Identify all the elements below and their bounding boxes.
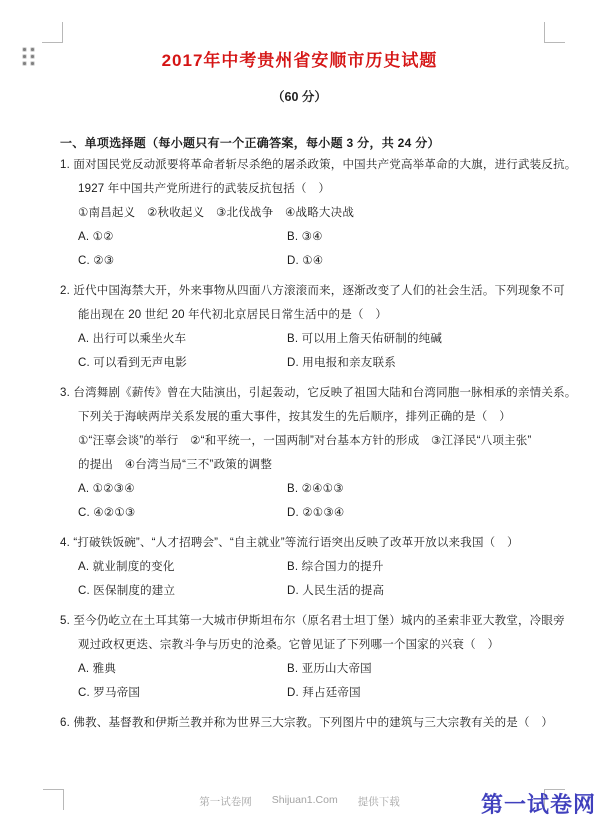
option-c: C. 罗马帝国 [78, 681, 287, 705]
option-row: C. 罗马帝国 D. 拜占廷帝国 [60, 681, 560, 705]
option-d: D. 拜占廷帝国 [287, 681, 361, 705]
question-line: 下列关于海峡两岸关系发展的重大事件，按其发生的先后顺序，排列正确的是（ ） [60, 405, 560, 429]
site-url-text: Shijuan1.Com [272, 794, 338, 809]
option-a: A. 出行可以乘坐火车 [78, 327, 287, 351]
option-row: A. 就业制度的变化 B. 综合国力的提升 [60, 555, 560, 579]
option-b: B. ③④ [287, 225, 323, 249]
option-row: C. 可以看到无声电影 D. 用电报和亲友联系 [60, 351, 560, 375]
question-3: 3. 台湾舞剧《薪传》曾在大陆演出，引起轰动，它反映了祖国大陆和台湾同胞一脉相承… [60, 381, 560, 525]
corner-mark-top-right [544, 22, 565, 43]
option-b: B. 亚历山大帝国 [287, 657, 372, 681]
question-line: 1927 年中国共产党所进行的武装反抗包括（ ） [60, 177, 560, 201]
option-c: C. 医保制度的建立 [78, 579, 287, 603]
question-line: 1. 面对国民党反动派要将革命者斩尽杀绝的屠杀政策，中国共产党高举革命的大旗，进… [60, 153, 560, 177]
option-b: B. 可以用上詹天佑研制的纯碱 [287, 327, 442, 351]
option-d: D. 用电报和亲友联系 [287, 351, 396, 375]
option-c: C. ②③ [78, 249, 287, 273]
option-row: A. ①② B. ③④ [60, 225, 560, 249]
option-d: D. ②①③④ [287, 501, 344, 525]
score-note: （60 分） [0, 87, 599, 105]
question-1: 1. 面对国民党反动派要将革命者斩尽杀绝的屠杀政策，中国共产党高举革命的大旗，进… [60, 153, 560, 273]
option-c: C. ④②①③ [78, 501, 287, 525]
option-row: A. 出行可以乘坐火车 B. 可以用上詹天佑研制的纯碱 [60, 327, 560, 351]
option-d: D. 人民生活的提高 [287, 579, 384, 603]
question-4: 4. “打破铁饭碗”、“人才招聘会”、“自主就业”等流行语突出反映了改革开放以来… [60, 531, 560, 603]
option-row: C. 医保制度的建立 D. 人民生活的提高 [60, 579, 560, 603]
question-line: 5. 至今仍屹立在土耳其第一大城市伊斯坦布尔（原名君士坦丁堡）城内的圣索非亚大教… [60, 609, 560, 633]
option-row: C. ②③ D. ①④ [60, 249, 560, 273]
question-line: 4. “打破铁饭碗”、“人才招聘会”、“自主就业”等流行语突出反映了改革开放以来… [60, 531, 560, 555]
site-name-text: 第一试卷网 [199, 794, 252, 809]
question-line: ①“汪辜会谈”的举行 ②“和平统一，一国两制”对台基本方针的形成 ③江泽民“八项… [60, 429, 560, 453]
page-title: 2017年中考贵州省安顺市历史试题 [0, 46, 599, 71]
download-text: 提供下载 [358, 794, 400, 809]
option-c: C. 可以看到无声电影 [78, 351, 287, 375]
option-a: A. 雅典 [78, 657, 287, 681]
question-line: 3. 台湾舞剧《薪传》曾在大陆演出，引起轰动，它反映了祖国大陆和台湾同胞一脉相承… [60, 381, 560, 405]
section-heading: 一、单项选择题（每小题只有一个正确答案，每小题 3 分，共 24 分） [60, 134, 440, 151]
question-line: 能出现在 20 世纪 20 年代初北京居民日常生活中的是（ ） [60, 303, 560, 327]
question-list: 1. 面对国民党反动派要将革命者斩尽杀绝的屠杀政策，中国共产党高举革命的大旗，进… [60, 153, 560, 741]
question-line: 观过政权更迭、宗教斗争与历史的沧桑。它曾见证了下列哪一个国家的兴衰（ ） [60, 633, 560, 657]
option-row: C. ④②①③ D. ②①③④ [60, 501, 560, 525]
option-a: A. ①② [78, 225, 287, 249]
question-2: 2. 近代中国海禁大开，外来事物从四面八方滚滚而来，逐渐改变了人们的社会生活。下… [60, 279, 560, 375]
option-d: D. ①④ [287, 249, 323, 273]
option-row: A. ①②③④ B. ②④①③ [60, 477, 560, 501]
question-line: 的提出 ④台湾当局“三不”政策的调整 [60, 453, 560, 477]
brand-logo-text: 第一试卷网 [481, 788, 596, 819]
question-6: 6. 佛教、基督教和伊斯兰教并称为世界三大宗教。下列图片中的建筑与三大宗教有关的… [60, 711, 560, 735]
question-5: 5. 至今仍屹立在土耳其第一大城市伊斯坦布尔（原名君士坦丁堡）城内的圣索非亚大教… [60, 609, 560, 705]
question-line: 6. 佛教、基督教和伊斯兰教并称为世界三大宗教。下列图片中的建筑与三大宗教有关的… [60, 711, 560, 735]
option-b: B. ②④①③ [287, 477, 344, 501]
option-row: A. 雅典 B. 亚历山大帝国 [60, 657, 560, 681]
option-b: B. 综合国力的提升 [287, 555, 384, 579]
option-a: A. ①②③④ [78, 477, 287, 501]
question-line: ①南昌起义 ②秋收起义 ③北伐战争 ④战略大决战 [60, 201, 560, 225]
corner-mark-top-left [42, 22, 63, 43]
question-line: 2. 近代中国海禁大开，外来事物从四面八方滚滚而来，逐渐改变了人们的社会生活。下… [60, 279, 560, 303]
option-a: A. 就业制度的变化 [78, 555, 287, 579]
